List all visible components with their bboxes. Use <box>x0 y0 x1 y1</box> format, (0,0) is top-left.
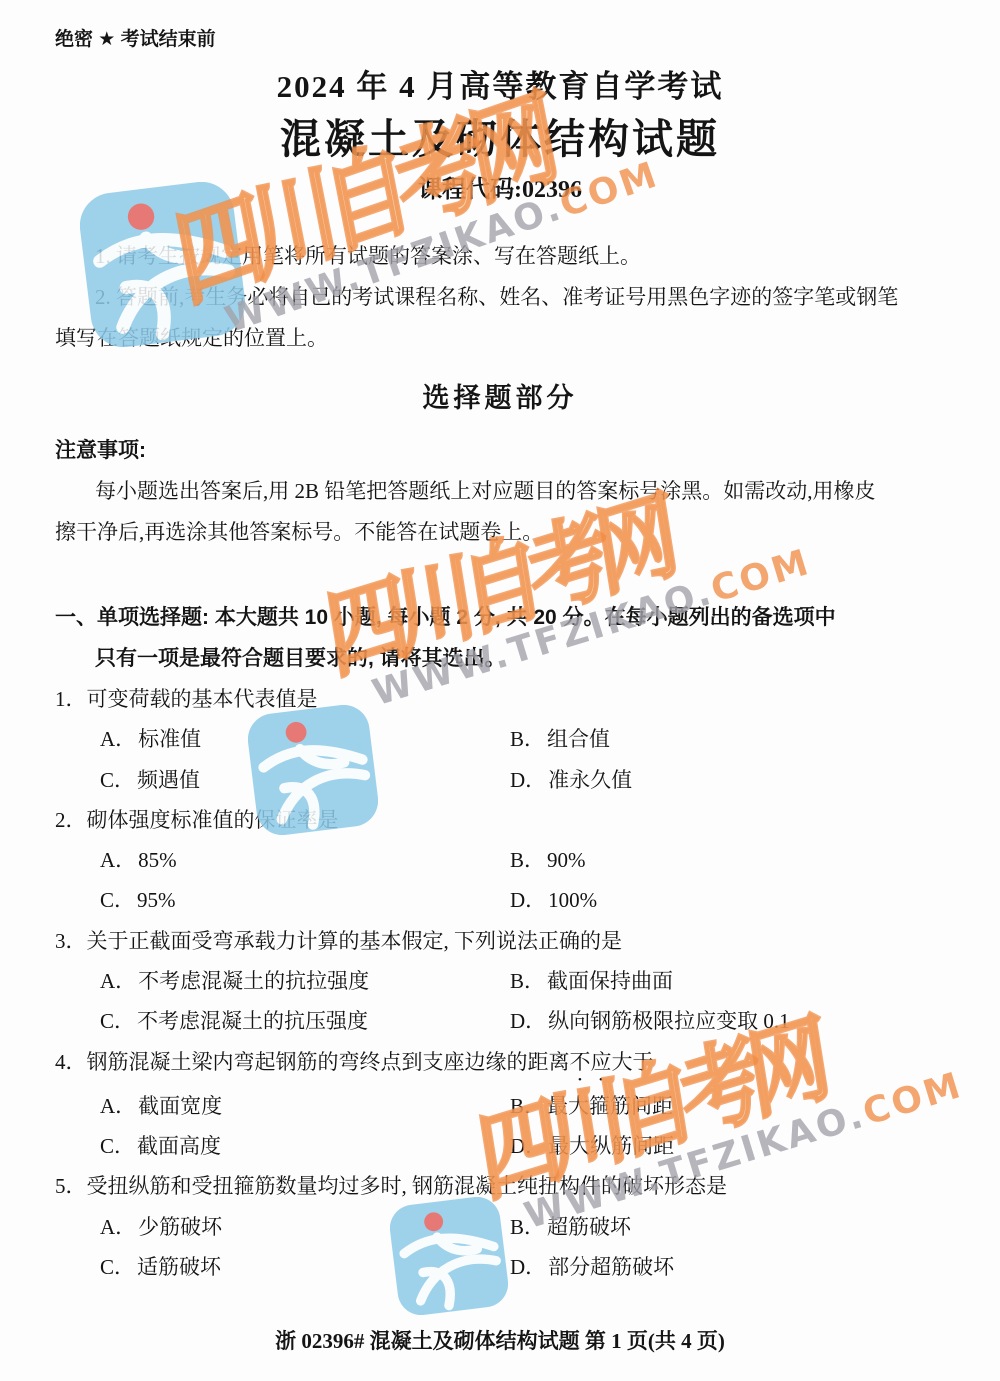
notice-line-2: 2. 答题前,考生务必将自己的考试课程名称、姓名、准考证号用黑色字迹的签字笔或钢… <box>55 277 945 318</box>
question-4-option-c: C．截面高度 <box>55 1126 510 1166</box>
question-4-option-d: D．最大纵筋间距 <box>510 1126 945 1166</box>
notice-line-1: 1. 请考生按规定用笔将所有试题的答案涂、写在答题纸上。 <box>55 236 945 277</box>
exam-page: 绝密 ★ 考试结束前 2024 年 4 月高等教育自学考试 混凝土及砌体结构试题… <box>0 0 1000 1381</box>
attention-body: 每小题选出答案后,用 2B 铅笔把答题纸上对应题目的答案标号涂黑。如需改动,用橡… <box>55 471 945 553</box>
question-2-option-a: A．85% <box>55 840 510 880</box>
classification-banner: 绝密 ★ 考试结束前 <box>55 28 945 52</box>
question-5-option-c: C．适筋破坏 <box>55 1247 510 1287</box>
question-2-option-d: D．100% <box>510 880 945 920</box>
question-4-stem: 4．钢筋混凝土梁内弯起钢筋的弯终点到支座边缘的距离不应大于 <box>55 1042 945 1086</box>
course-code: 课程代码:02396 <box>55 174 945 206</box>
question-3-option-c: C．不考虑混凝土的抗压强度 <box>55 1001 510 1041</box>
choice-section-heading: 选择题部分 <box>55 377 945 419</box>
question-4-option-a: A．截面宽度 <box>55 1086 510 1126</box>
question-5: 5．受扭纵筋和受扭箍筋数量均过多时, 钢筋混凝土纯扭构件的破坏形态是 A．少筋破… <box>55 1166 945 1287</box>
page-footer: 浙 02396# 混凝土及砌体结构试题 第 1 页(共 4 页) <box>0 1326 1000 1356</box>
question-2-option-b: B．90% <box>510 840 945 880</box>
exam-subject-title: 混凝土及砌体结构试题 <box>55 112 945 166</box>
exam-session-title: 2024 年 4 月高等教育自学考试 <box>55 66 945 108</box>
question-1-stem: 1．可变荷载的基本代表值是 <box>55 679 945 719</box>
attention-title: 注意事项: <box>55 431 945 471</box>
question-5-option-d: D．部分超筋破坏 <box>510 1247 945 1287</box>
question-5-stem: 5．受扭纵筋和受扭箍筋数量均过多时, 钢筋混凝土纯扭构件的破坏形态是 <box>55 1166 945 1206</box>
question-list: 1．可变荷载的基本代表值是 A．标准值 B．组合值 C．频遇值 D．准永久值 2… <box>55 679 945 1287</box>
question-3-stem: 3．关于正截面受弯承载力计算的基本假定, 下列说法正确的是 <box>55 921 945 961</box>
question-3-option-a: A．不考虑混凝土的抗拉强度 <box>55 961 510 1001</box>
exam-notices: 1. 请考生按规定用笔将所有试题的答案涂、写在答题纸上。 2. 答题前,考生务必… <box>55 236 945 359</box>
question-1-option-c: C．频遇值 <box>55 760 510 800</box>
question-1-option-b: B．组合值 <box>510 719 945 759</box>
question-2: 2．砌体强度标准值的保证率是 A．85% B．90% C．95% D．100% <box>55 800 945 921</box>
question-5-option-a: A．少筋破坏 <box>55 1207 510 1247</box>
question-1-option-a: A．标准值 <box>55 719 510 759</box>
question-2-stem: 2．砌体强度标准值的保证率是 <box>55 800 945 840</box>
question-3-option-d: D．纵向钢筋极限拉应变取 0.1 <box>510 1001 945 1041</box>
question-1-option-d: D．准永久值 <box>510 760 945 800</box>
emphasized-text: 不应 <box>570 1050 612 1074</box>
part1-header-line-1: 一、单项选择题: 本大题共 10 小题, 每小题 2 分, 共 20 分。在每小… <box>55 597 945 638</box>
part1-header-line-2: 只有一项是最符合题目要求的, 请将其选出。 <box>55 638 945 679</box>
question-5-option-b: B．超筋破坏 <box>510 1207 945 1247</box>
part1-section-header: 一、单项选择题: 本大题共 10 小题, 每小题 2 分, 共 20 分。在每小… <box>55 597 945 679</box>
question-3-option-b: B．截面保持曲面 <box>510 961 945 1001</box>
attention-line-2: 擦干净后,再选涂其他答案标号。不能答在试题卷上。 <box>55 512 945 553</box>
question-4: 4．钢筋混凝土梁内弯起钢筋的弯终点到支座边缘的距离不应大于 A．截面宽度 B．最… <box>55 1042 945 1167</box>
question-2-option-c: C．95% <box>55 880 510 920</box>
question-1: 1．可变荷载的基本代表值是 A．标准值 B．组合值 C．频遇值 D．准永久值 <box>55 679 945 800</box>
attention-line-1: 每小题选出答案后,用 2B 铅笔把答题纸上对应题目的答案标号涂黑。如需改动,用橡… <box>55 471 945 512</box>
question-4-option-b: B．最大箍筋间距 <box>510 1086 945 1126</box>
notice-line-3: 填写在答题纸规定的位置上。 <box>55 318 945 359</box>
question-3: 3．关于正截面受弯承载力计算的基本假定, 下列说法正确的是 A．不考虑混凝土的抗… <box>55 921 945 1042</box>
